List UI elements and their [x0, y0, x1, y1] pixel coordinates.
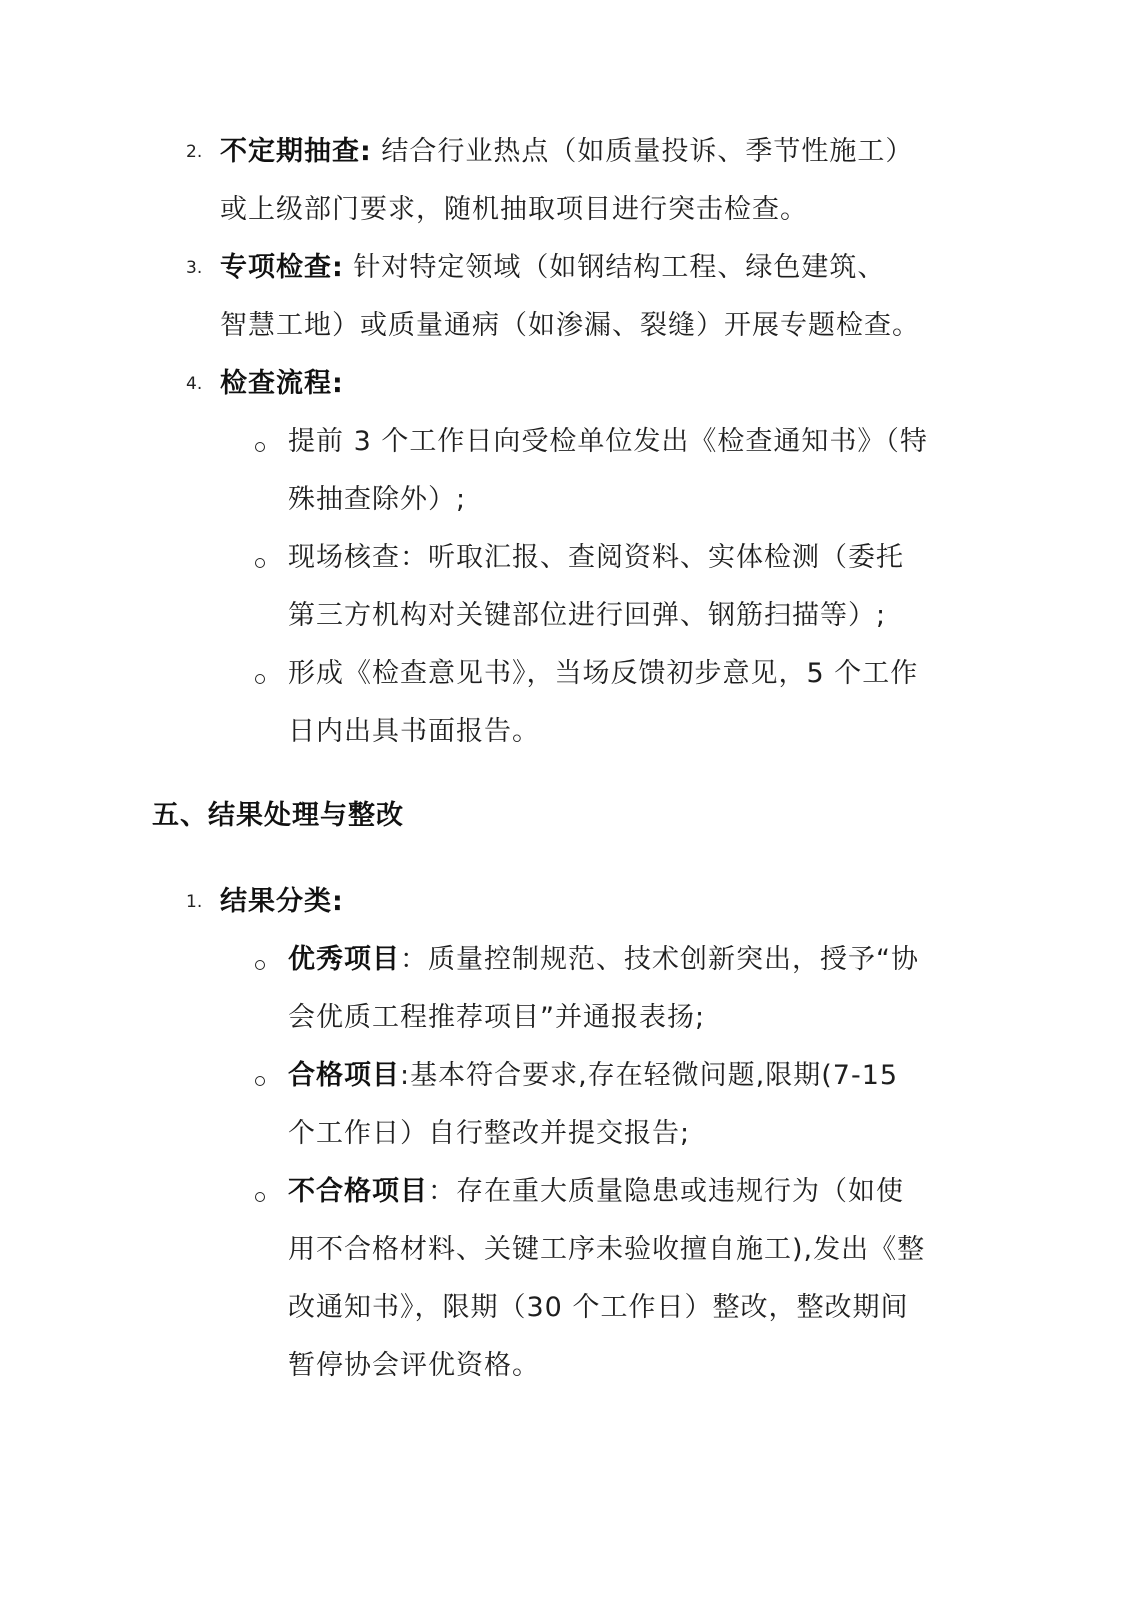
- sub-item-text: 不合格项目：存在重大质量隐患或违规行为（如使: [288, 1174, 904, 1210]
- sub-item-text: 改通知书》，限期（30 个工作日）整改，整改期间: [288, 1290, 908, 1326]
- list-number: 2.: [186, 134, 202, 170]
- item-text-continuation: 智慧工地）或质量通病（如渗漏、裂缝）开展专题检查。: [220, 308, 920, 344]
- item-title: 专项检查: [220, 252, 332, 283]
- bullet-circle-icon: [255, 1076, 265, 1086]
- sub-item-title: 合格项目: [288, 1060, 400, 1091]
- document-page: 2. 不定期抽查: 结合行业热点（如质量投诉、季节性施工） 或上级部门要求，随机…: [0, 0, 1131, 1600]
- sub-item-text: 个工作日）自行整改并提交报告;: [288, 1116, 690, 1152]
- list-item-heading: 结果分类:: [220, 884, 344, 920]
- bullet-circle-icon: [255, 960, 265, 970]
- sub-item-text: 现场核查：听取汇报、查阅资料、实体检测（委托: [288, 540, 904, 576]
- list-item-heading: 检查流程:: [220, 366, 344, 402]
- bullet-circle-icon: [255, 558, 265, 568]
- sub-item-title: 优秀项目: [288, 944, 400, 975]
- sub-item-text: 合格项目:基本符合要求,存在轻微问题,限期(7-15: [288, 1058, 898, 1094]
- sub-item-title: 不合格项目: [288, 1176, 428, 1207]
- item-title: 结果分类: [220, 886, 332, 917]
- section-heading: 五、结果处理与整改: [152, 798, 404, 834]
- item-title: 不定期抽查: [220, 136, 360, 167]
- sub-item-text: 日内出具书面报告。: [288, 714, 540, 750]
- sub-item-text: 暂停协会评优资格。: [288, 1348, 540, 1384]
- sub-item-text: 优秀项目：质量控制规范、技术创新突出，授予“协: [288, 942, 919, 978]
- list-item-heading: 专项检查: 针对特定领域（如钢结构工程、绿色建筑、: [220, 250, 885, 286]
- list-number: 1.: [186, 884, 202, 920]
- list-number: 4.: [186, 366, 202, 402]
- list-number: 3.: [186, 250, 202, 286]
- sub-item-text: 提前 3 个工作日向受检单位发出《检查通知书》（特: [288, 424, 928, 460]
- bullet-circle-icon: [255, 442, 265, 452]
- item-title: 检查流程: [220, 368, 332, 399]
- list-item-heading: 不定期抽查: 结合行业热点（如质量投诉、季节性施工）: [220, 134, 913, 170]
- item-text: 针对特定领域（如钢结构工程、绿色建筑、: [353, 252, 885, 283]
- sub-item-text: 用不合格材料、关键工序未验收擅自施工),发出《整: [288, 1232, 925, 1268]
- sub-item-text: 形成《检查意见书》，当场反馈初步意见，5 个工作: [288, 656, 918, 692]
- sub-item-text: 第三方机构对关键部位进行回弹、钢筋扫描等）;: [288, 598, 886, 634]
- item-text: 结合行业热点（如质量投诉、季节性施工）: [381, 136, 913, 167]
- sub-item-text: 会优质工程推荐项目”并通报表扬;: [288, 1000, 705, 1036]
- bullet-circle-icon: [255, 1192, 265, 1202]
- item-text-continuation: 或上级部门要求，随机抽取项目进行突击检查。: [220, 192, 808, 228]
- sub-item-text: 殊抽查除外）;: [288, 482, 466, 518]
- bullet-circle-icon: [255, 674, 265, 684]
